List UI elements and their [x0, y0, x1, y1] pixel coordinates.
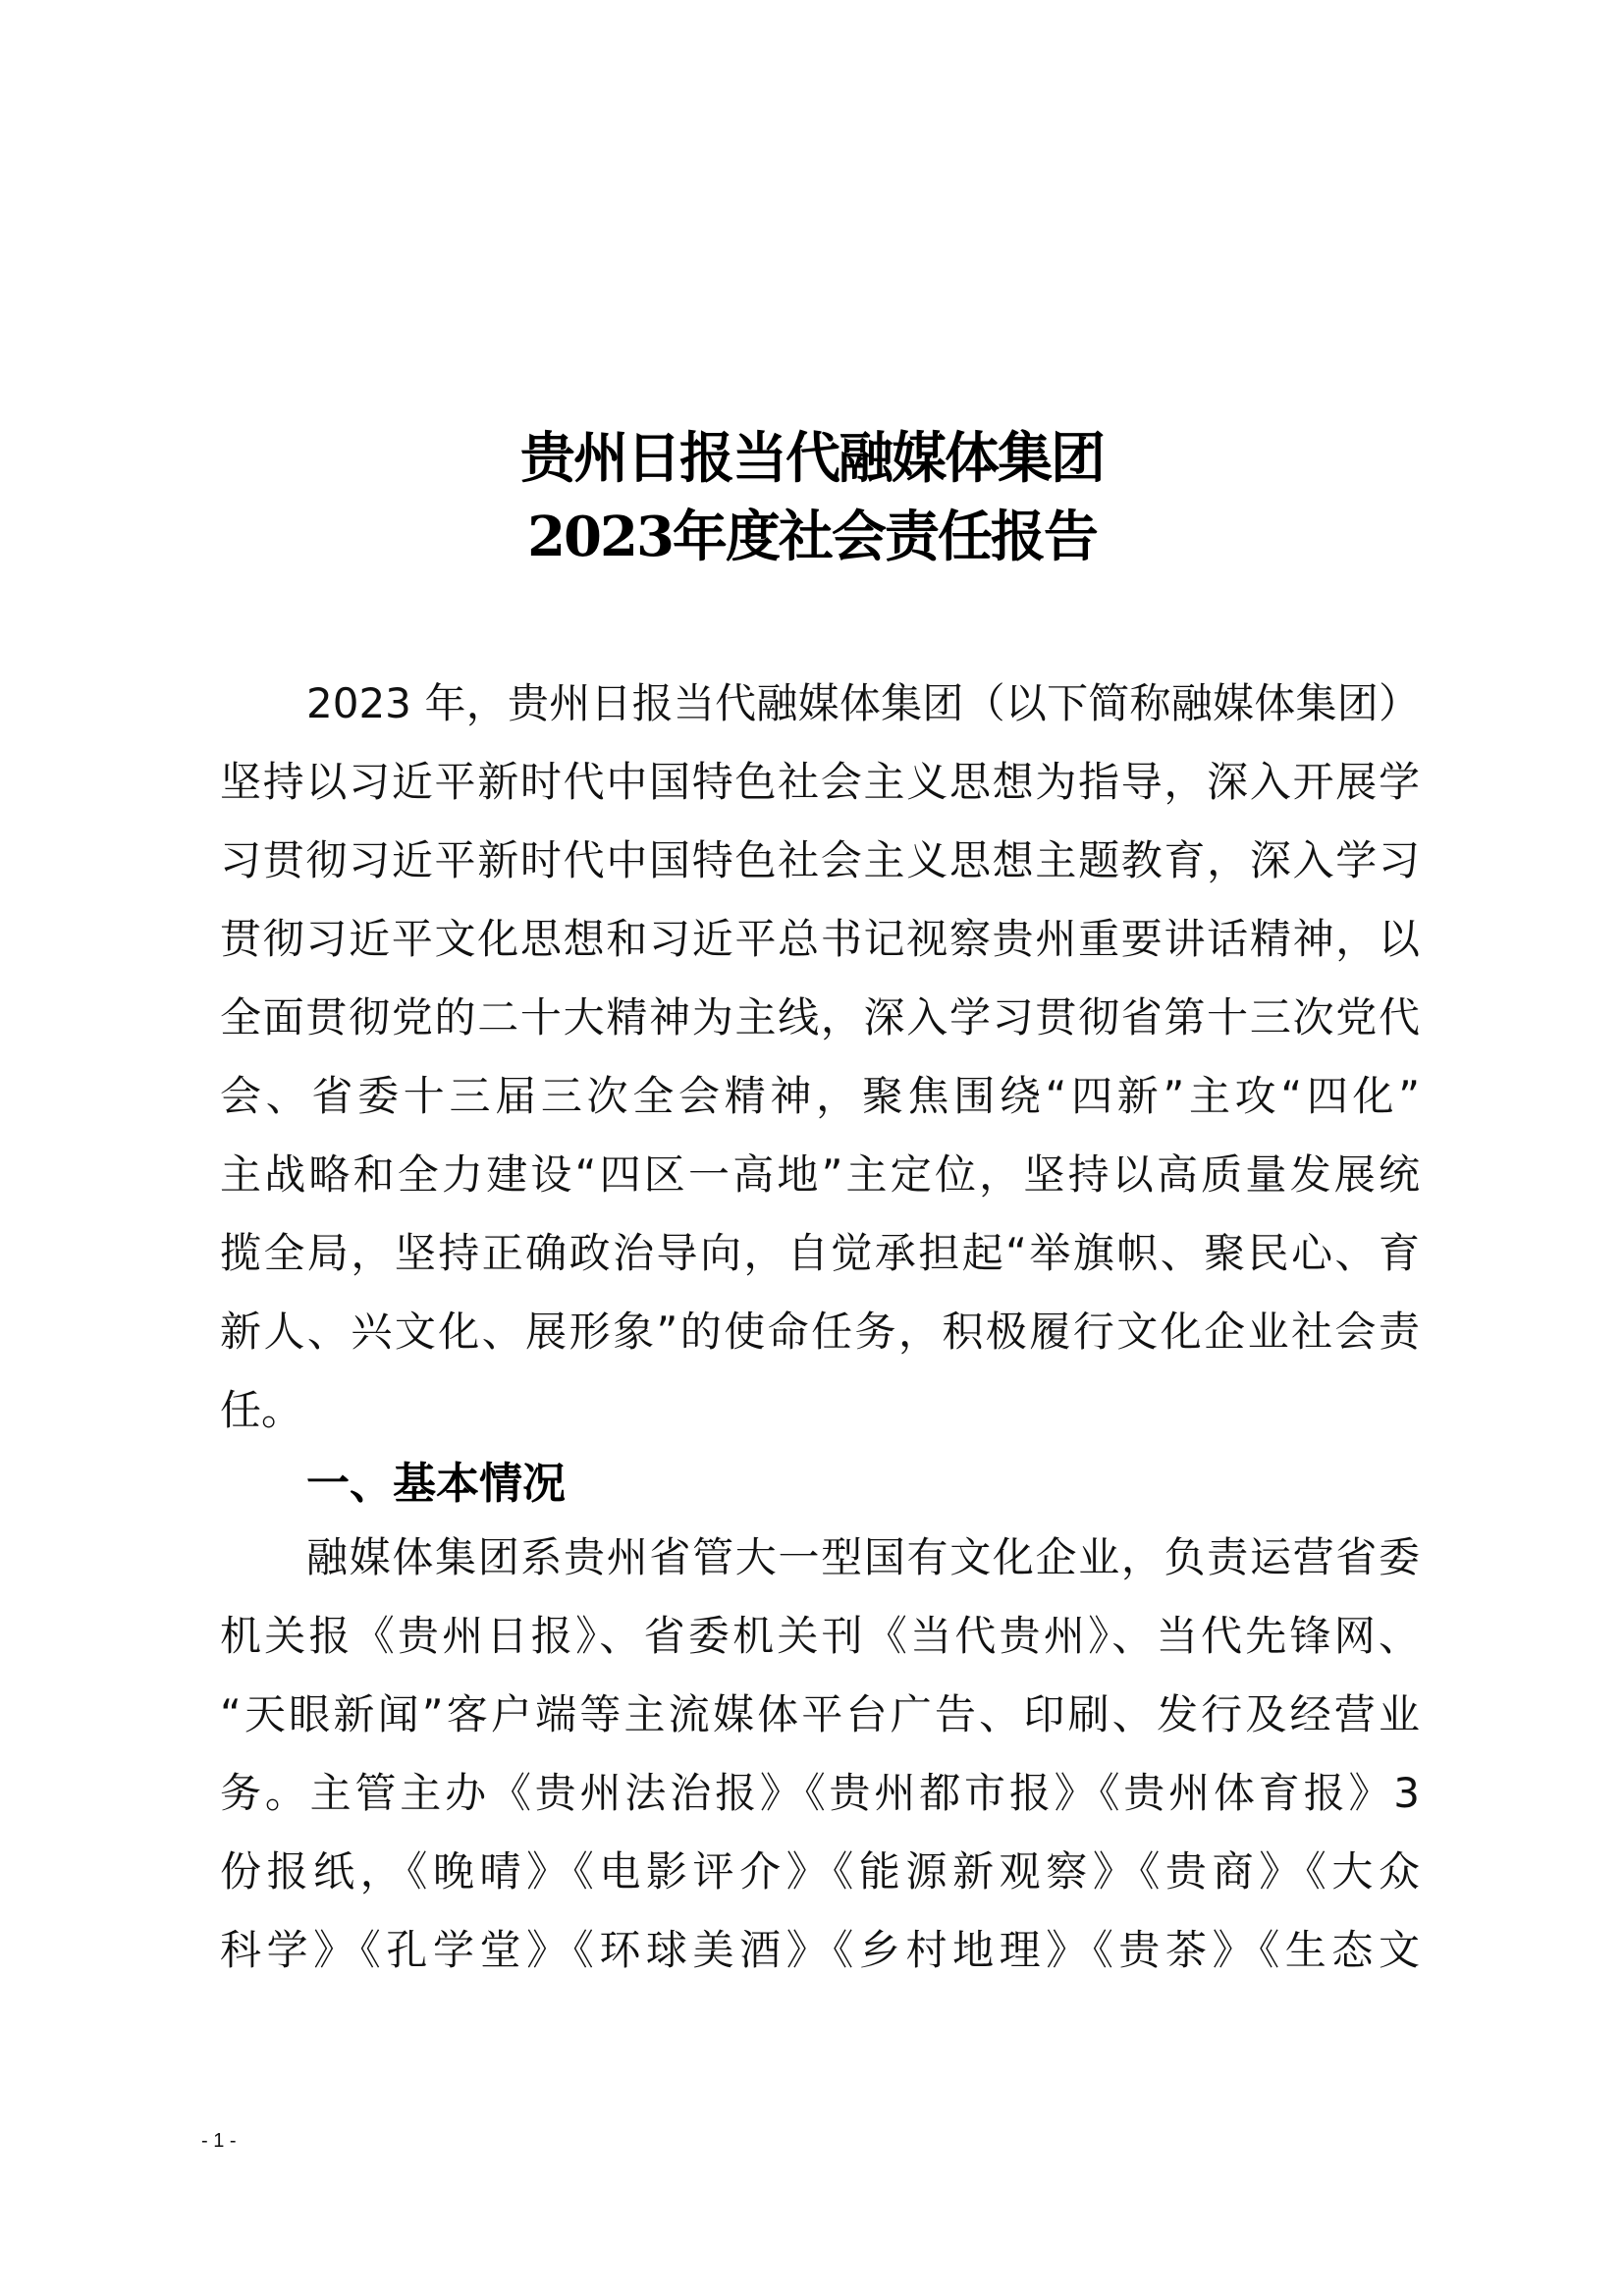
document-page: 贵州日报当代融媒体集团 2023年度社会责任报告 2023 年，贵州日报当代融媒… — [0, 0, 1624, 2296]
section-heading: 一、基本情况 — [220, 1450, 1420, 1519]
paragraph-line: 习贯彻习近平新时代中国特色社会主义思想主题教育，深入学习 — [220, 822, 1420, 900]
paragraph-line: 务。主管主办《贵州法治报》《贵州都市报》《贵州体育报》3 — [220, 1754, 1420, 1833]
paragraph-line: 贯彻习近平文化思想和习近平总书记视察贵州重要讲话精神，以 — [220, 900, 1420, 979]
paragraph-line: 任。 — [220, 1371, 1420, 1450]
document-body: 2023 年，贵州日报当代融媒体集团（以下简称融媒体集团） 坚持以习近平新时代中… — [220, 665, 1420, 1990]
paragraph-line: 融媒体集团系贵州省管大一型国有文化企业，负责运营省委 — [220, 1519, 1420, 1597]
document-title-line1: 贵州日报当代融媒体集团 — [0, 419, 1624, 498]
paragraph-line: 2023 年，贵州日报当代融媒体集团（以下简称融媒体集团） — [220, 665, 1420, 743]
paragraph-line: 坚持以习近平新时代中国特色社会主义思想为指导，深入开展学 — [220, 743, 1420, 822]
paragraph-line: “天眼新闻”客户端等主流媒体平台广告、印刷、发行及经营业 — [220, 1676, 1420, 1754]
paragraph-line: 科学》《孔学堂》《环球美酒》《乡村地理》《贵茶》《生态文 — [220, 1911, 1420, 1990]
paragraph-line: 会、省委十三届三次全会精神，聚焦围绕“四新”主攻“四化” — [220, 1057, 1420, 1136]
paragraph-line: 主战略和全力建设“四区一高地”主定位，坚持以高质量发展统 — [220, 1136, 1420, 1214]
paragraph-line: 新人、兴文化、展形象”的使命任务，积极履行文化企业社会责 — [220, 1293, 1420, 1371]
page-number: - 1 - — [201, 2130, 237, 2153]
paragraph-line: 份报纸，《晚晴》《电影评介》《能源新观察》《贵商》《大众 — [220, 1833, 1420, 1911]
document-title-line2: 2023年度社会责任报告 — [0, 498, 1624, 576]
paragraph-line: 全面贯彻党的二十大精神为主线，深入学习贯彻省第十三次党代 — [220, 979, 1420, 1057]
paragraph-line: 揽全局，坚持正确政治导向，自觉承担起“举旗帜、聚民心、育 — [220, 1214, 1420, 1293]
paragraph-line: 机关报《贵州日报》、省委机关刊《当代贵州》、当代先锋网、 — [220, 1597, 1420, 1676]
